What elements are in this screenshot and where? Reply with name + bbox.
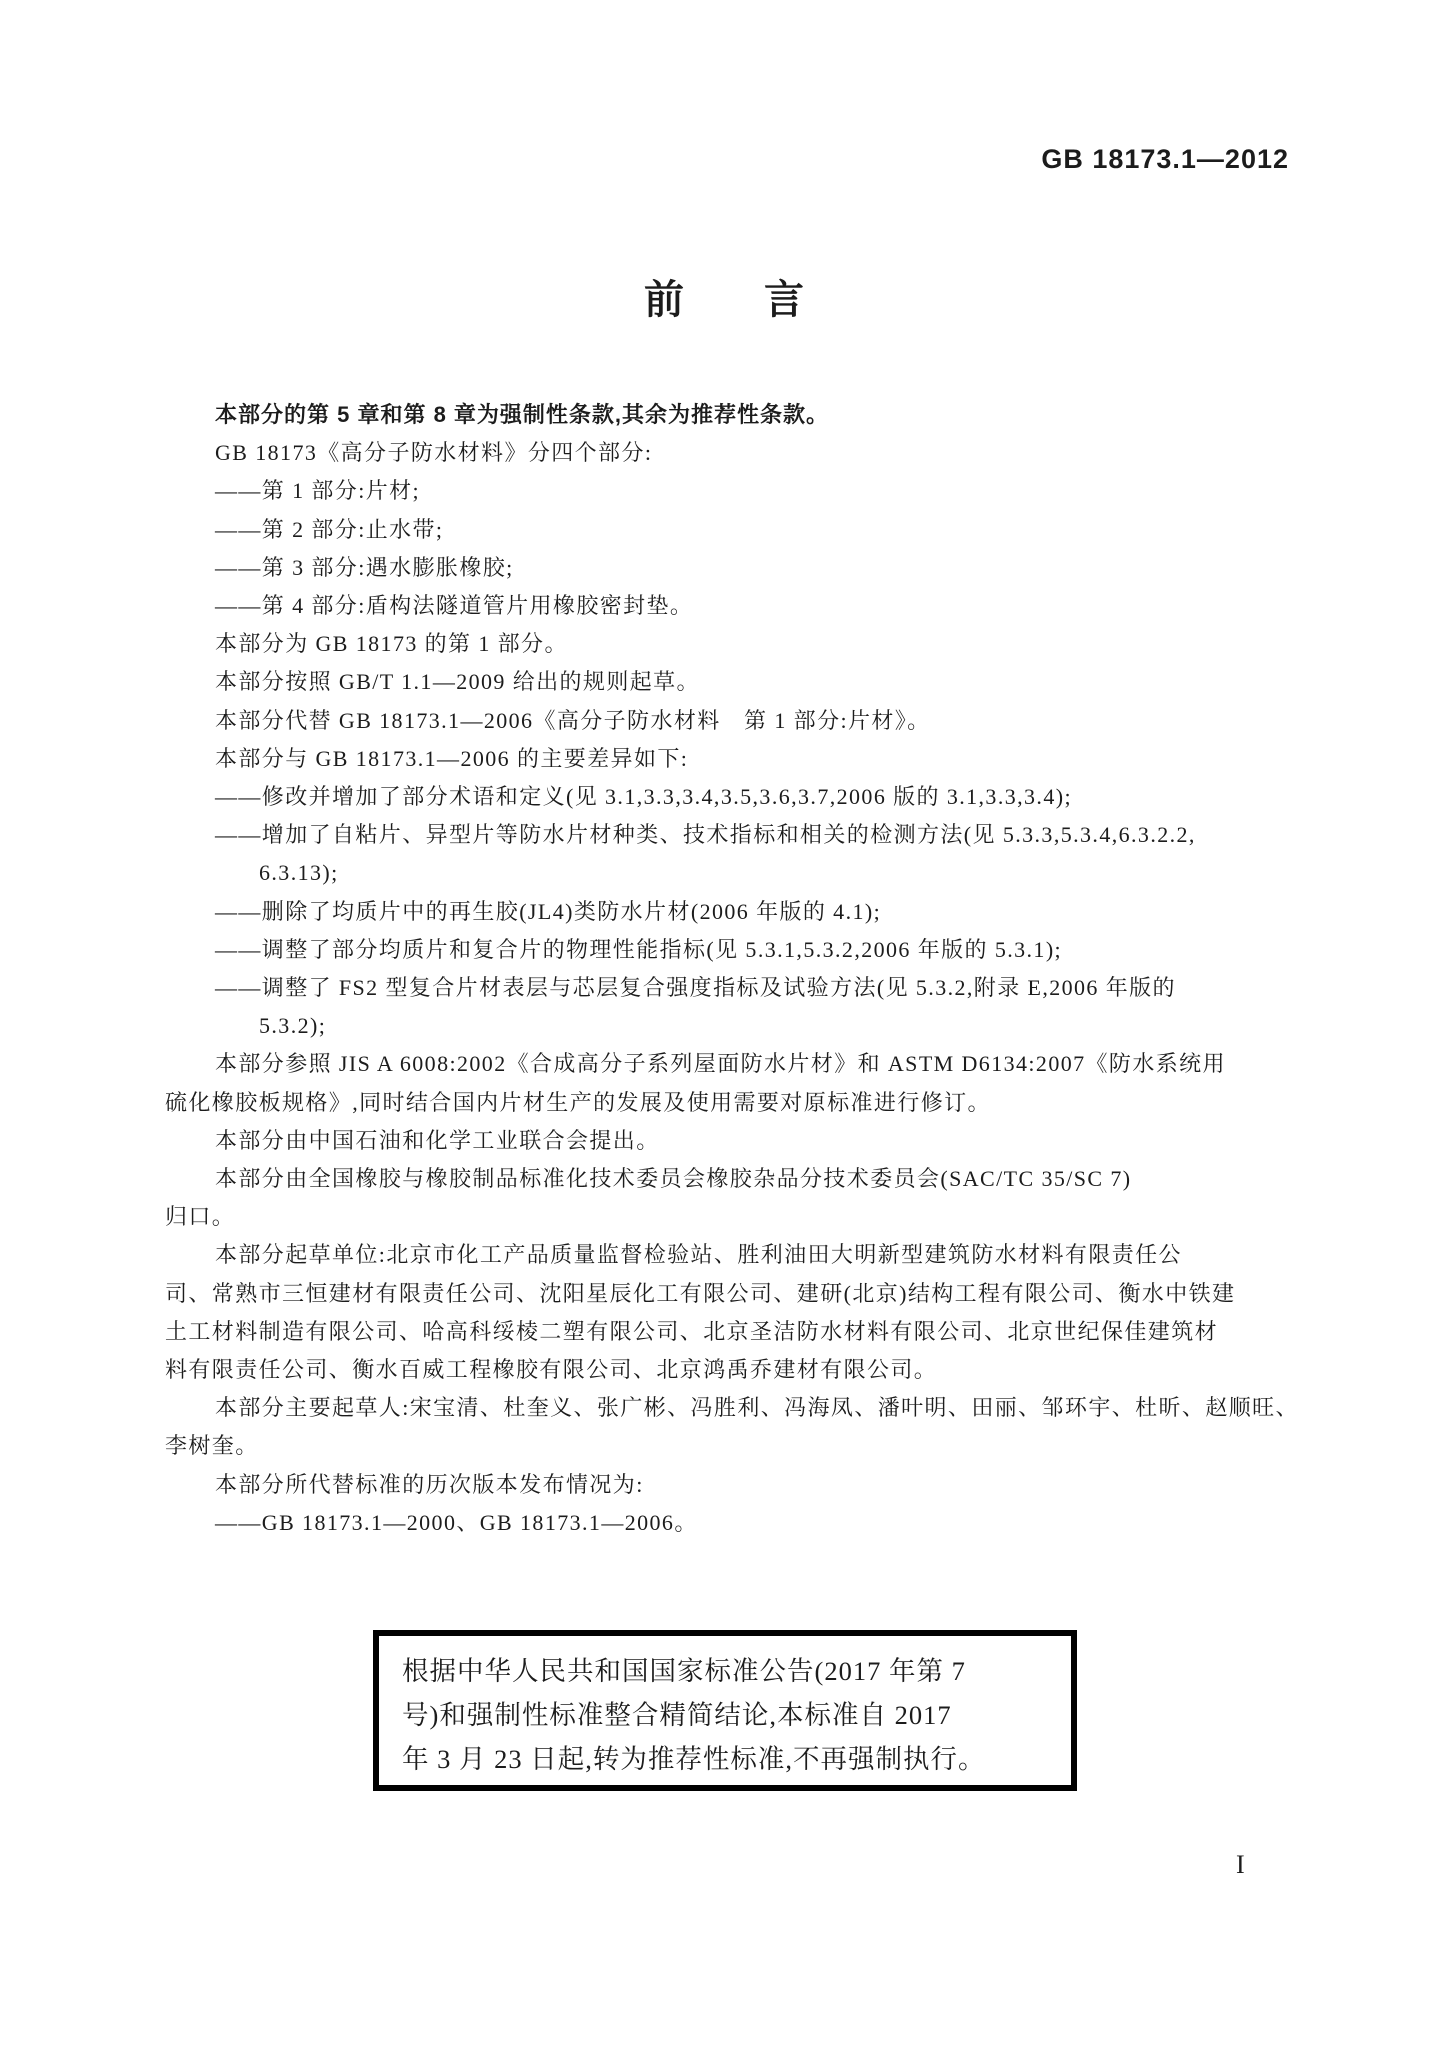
body-line: 本部分代替 GB 18173.1—2006《高分子防水材料 第 1 部分:片材》… [165,702,1287,740]
document-page: GB 18173.1—2012 前 言 本部分的第 5 章和第 8 章为强制性条… [0,0,1448,2048]
body-line: 5.3.2); [165,1007,1287,1045]
body-line: ——第 3 部分:遇水膨胀橡胶; [165,549,1287,587]
body-line: ——第 2 部分:止水带; [165,511,1287,549]
body-line: 本部分按照 GB/T 1.1—2009 给出的规则起草。 [165,663,1287,701]
body-line: 土工材料制造有限公司、哈高科绥棱二塑有限公司、北京圣洁防水材料有限公司、北京世纪… [165,1313,1287,1351]
body-line: 本部分由中国石油和化学工业联合会提出。 [165,1122,1287,1160]
body-line: 本部分所代替标准的历次版本发布情况为: [165,1466,1287,1504]
body-line: ——修改并增加了部分术语和定义(见 3.1,3.3,3.4,3.5,3.6,3.… [165,778,1287,816]
body-line: 料有限责任公司、衡水百威工程橡胶有限公司、北京鸿禹乔建材有限公司。 [165,1351,1287,1389]
body-line: 本部分起草单位:北京市化工产品质量监督检验站、胜利油田大明新型建筑防水材料有限责… [165,1236,1287,1274]
body-line: GB 18173《高分子防水材料》分四个部分: [165,434,1287,472]
body-line: ——增加了自粘片、异型片等防水片材种类、技术指标和相关的检测方法(见 5.3.3… [165,816,1287,854]
body-line: 李树奎。 [165,1427,1287,1465]
notice-line: 根据中华人民共和国国家标准公告(2017 年第 7 [402,1649,1071,1693]
notice-line: 号)和强制性标准整合精简结论,本标准自 2017 [402,1693,1071,1737]
body-line: ——调整了 FS2 型复合片材表层与芯层复合强度指标及试验方法(见 5.3.2,… [165,969,1287,1007]
body-line: 本部分参照 JIS A 6008:2002《合成高分子系列屋面防水片材》和 AS… [165,1045,1287,1083]
body-line: ——GB 18173.1—2000、GB 18173.1—2006。 [165,1504,1287,1542]
body-line: 本部分与 GB 18173.1—2006 的主要差异如下: [165,740,1287,778]
body-line: 本部分的第 5 章和第 8 章为强制性条款,其余为推荐性条款。 [165,396,1287,434]
body-line: 本部分为 GB 18173 的第 1 部分。 [165,625,1287,663]
body-line: ——第 4 部分:盾构法隧道管片用橡胶密封垫。 [165,587,1287,625]
body-line: 本部分由全国橡胶与橡胶制品标准化技术委员会橡胶杂品分技术委员会(SAC/TC 3… [165,1160,1287,1198]
page-number: I [1236,1850,1245,1880]
body-line: 司、常熟市三恒建材有限责任公司、沈阳星辰化工有限公司、建研(北京)结构工程有限公… [165,1275,1287,1313]
page-title: 前 言 [0,268,1448,325]
notice-box: 根据中华人民共和国国家标准公告(2017 年第 7号)和强制性标准整合精简结论,… [373,1630,1077,1791]
body-line: 本部分主要起草人:宋宝清、杜奎义、张广彬、冯胜利、冯海凤、潘叶明、田丽、邹环宇、… [165,1389,1287,1427]
body-line: ——调整了部分均质片和复合片的物理性能指标(见 5.3.1,5.3.2,2006… [165,931,1287,969]
standard-code-header: GB 18173.1—2012 [0,144,1289,175]
body-line: 硫化橡胶板规格》,同时结合国内片材生产的发展及使用需要对原标准进行修订。 [165,1084,1287,1122]
body-line: ——第 1 部分:片材; [165,472,1287,510]
body-line: ——删除了均质片中的再生胶(JL4)类防水片材(2006 年版的 4.1); [165,893,1287,931]
foreword-body: 本部分的第 5 章和第 8 章为强制性条款,其余为推荐性条款。GB 18173《… [165,396,1287,1542]
body-line: 归口。 [165,1198,1287,1236]
body-line: 6.3.13); [165,854,1287,892]
notice-line: 年 3 月 23 日起,转为推荐性标准,不再强制执行。 [402,1737,1071,1781]
